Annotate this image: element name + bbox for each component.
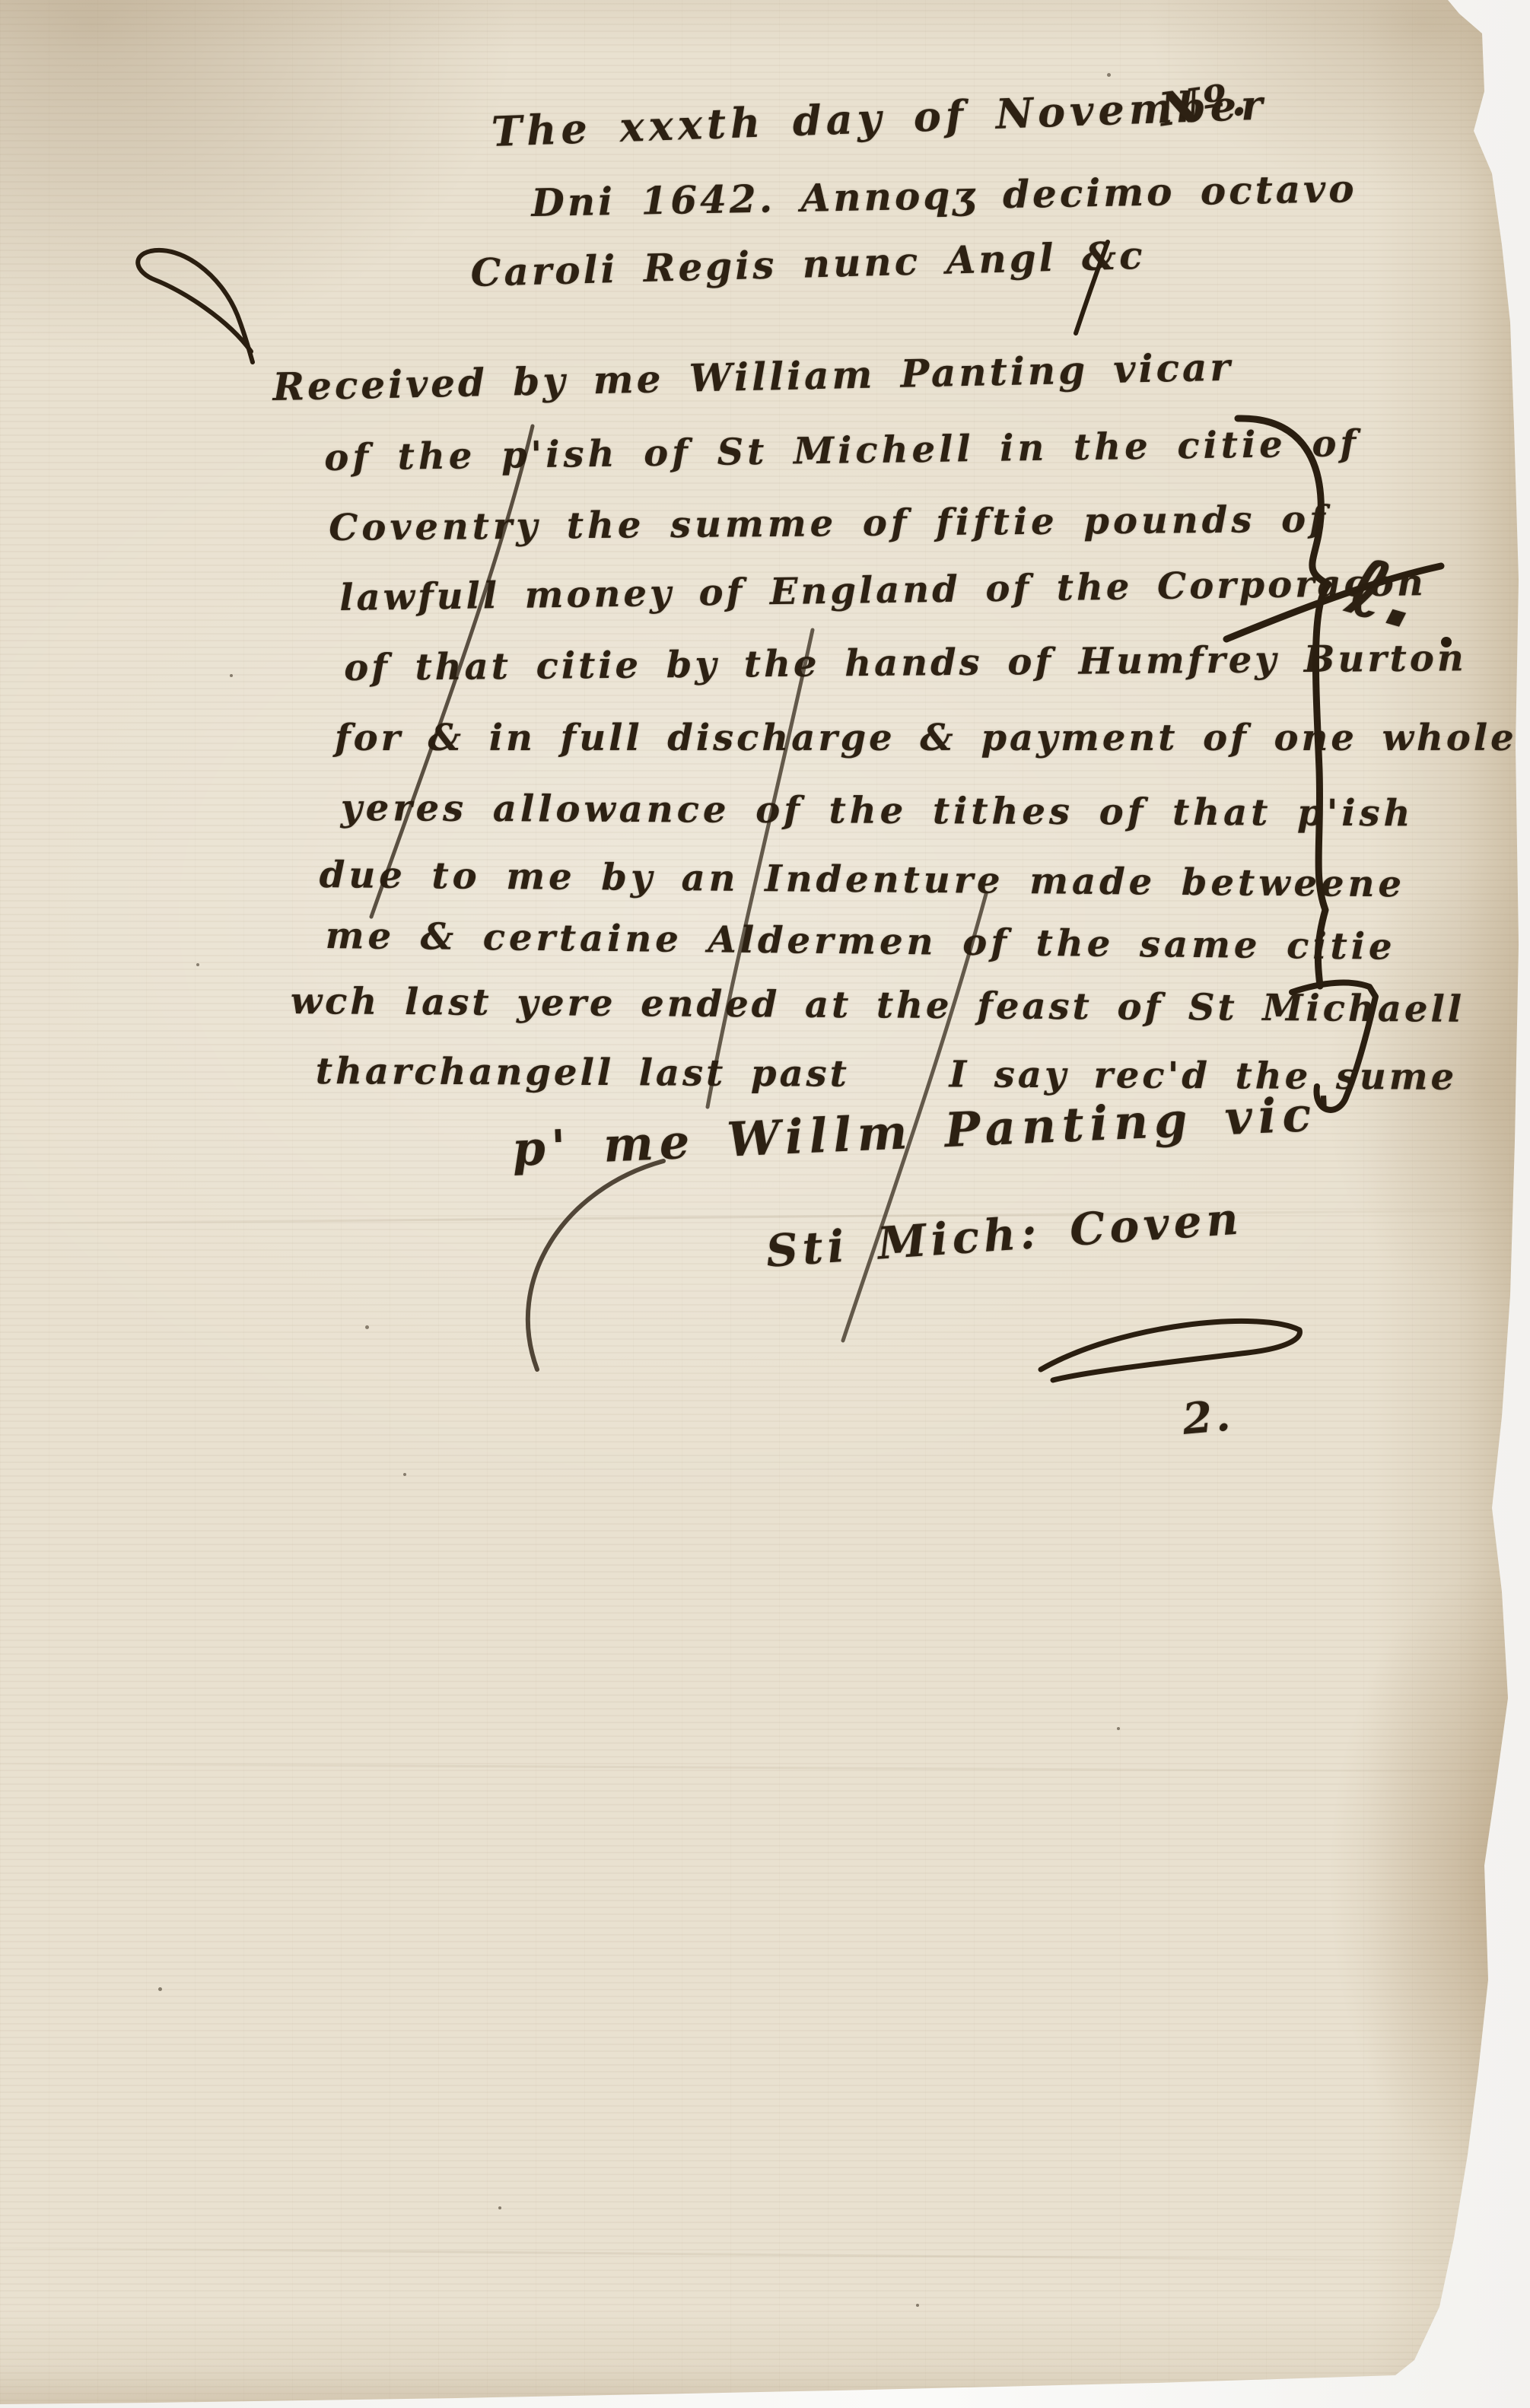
body-line: yeres allowance of the tithes of that p'… <box>341 790 1414 832</box>
body-line: lawfull money of England of the Corporac… <box>339 565 1427 616</box>
paper-crease <box>0 2247 1530 2263</box>
ink-speck <box>230 674 233 677</box>
signature-paraph-mark: 2. <box>1181 1394 1235 1441</box>
signature-descender-swash <box>528 1161 663 1369</box>
margin-amount-mark: ℓ. <box>1340 546 1432 643</box>
header-anno-line: Dni 1642. Annoqʒ decimo octavo <box>531 170 1357 222</box>
body-line: Coventry the summe of fiftie pounds of <box>329 501 1329 546</box>
ink-speck <box>403 1473 406 1476</box>
body-line: of the p'ish of St Michell in the citie … <box>324 425 1360 476</box>
ink-speck <box>1117 1727 1120 1730</box>
ink-speck <box>1107 73 1111 77</box>
opening-flourish-loop <box>138 250 253 362</box>
paper-sheet: The xxxth day of November Nº. Dni 1642. … <box>0 0 1530 2408</box>
header-date-line: The xxxth day of November <box>491 84 1268 152</box>
signature-leaf-swash <box>1041 1321 1299 1380</box>
ink-speck <box>158 1987 162 1991</box>
signature-per-me-line: p' me Willm Panting vic' <box>511 1090 1338 1173</box>
ink-speck <box>916 2304 919 2307</box>
scanned-document-page: The xxxth day of November Nº. Dni 1642. … <box>0 0 1530 2408</box>
body-line: for & in full discharge & payment of one… <box>335 720 1517 756</box>
ink-speck <box>196 963 199 966</box>
signature-parish-line: Sti Mich: Coven <box>765 1196 1244 1274</box>
paper-crease <box>0 1209 1530 1225</box>
body-line: due to me by an Indenture made betweene <box>320 857 1406 902</box>
body-line: of that citie by the hands of Humfrey Bu… <box>344 640 1467 686</box>
ink-speck <box>498 2206 501 2209</box>
header-numero-mark: Nº. <box>1156 76 1252 134</box>
body-line: Received by me William Panting vicar <box>272 348 1233 406</box>
paper-crease <box>0 1763 1530 1773</box>
header-regnal-line: Caroli Regis nunc Angl &c <box>470 237 1146 292</box>
ink-speck <box>365 1325 369 1329</box>
body-line: me & certaine Aldermen of the same citie <box>325 918 1395 965</box>
body-line: wch last yere ended at the feast of St M… <box>291 983 1465 1028</box>
